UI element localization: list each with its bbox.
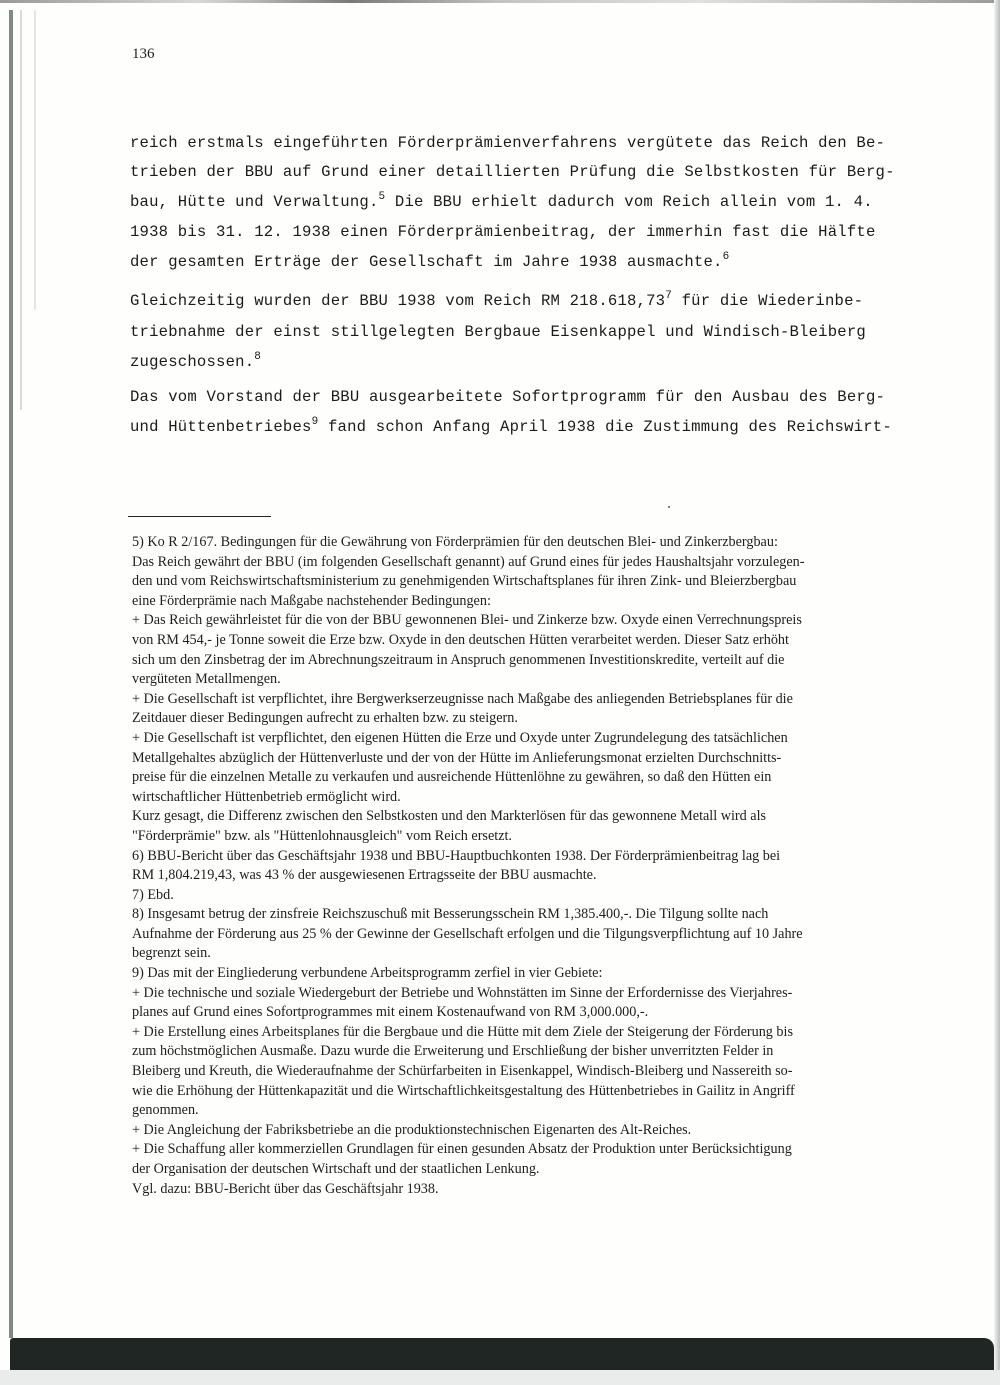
footnote-ref-8[interactable]: 8 <box>254 351 261 363</box>
footnote-line: 9) Das mit der Eingliederung verbundene … <box>132 964 932 984</box>
text-line: trieben der BBU auf Grund einer detailli… <box>130 163 895 181</box>
footnote-line: Das Reich gewährt der BBU (im folgenden … <box>132 553 932 573</box>
footnote-line: 8) Insgesamt betrug der zinsfreie Reichs… <box>132 905 932 925</box>
footnote-line: Zeitdauer dieser Bedingungen aufrecht zu… <box>132 709 932 729</box>
footnote-line: planes auf Grund eines Sofortprogrammes … <box>132 1003 932 1023</box>
footnote-line: begrenzt sein. <box>132 944 932 964</box>
text-line: bau, Hütte und Verwaltung.5 Die BBU erhi… <box>130 193 873 211</box>
footnote-line: von RM 454,- je Tonne soweit die Erze bz… <box>132 631 932 651</box>
footnote-line: Metallgehaltes abzüglich der Hüttenverlu… <box>132 749 932 769</box>
footnote-separator <box>128 516 271 517</box>
scan-artifact-line <box>34 10 36 310</box>
text-line: 1938 bis 31. 12. 1938 einen Förderprämie… <box>130 223 876 241</box>
footnote-line: preise für die einzelnen Metalle zu verk… <box>132 768 932 788</box>
scan-artifact-line <box>20 10 22 410</box>
footnote-line: "Förderprämie" bzw. als "Hüttenlohnausgl… <box>132 827 932 847</box>
footnote-line: 6) BBU-Bericht über das Geschäftsjahr 19… <box>132 847 932 867</box>
footnote-line: genommen. <box>132 1101 932 1121</box>
scan-speck <box>668 506 670 508</box>
footnote-ref-7[interactable]: 7 <box>665 290 672 302</box>
scan-bottom-strip <box>0 1370 1000 1385</box>
text-line: der gesamten Erträge der Gesellschaft im… <box>130 253 729 271</box>
footnote-line: der Organisation der deutschen Wirtschaf… <box>132 1160 932 1180</box>
footnote-ref-6[interactable]: 6 <box>723 251 730 263</box>
footnote-line: eine Förderprämie nach Maßgabe nachstehe… <box>132 592 932 612</box>
scan-bottom-shadow <box>10 1338 994 1370</box>
footnote-line: Aufnahme der Förderung aus 25 % der Gewi… <box>132 925 932 945</box>
scan-binding-edge <box>9 10 13 1338</box>
footnote-line: + Die Erstellung eines Arbeitsplanes für… <box>132 1023 932 1043</box>
footnote-line: wirtschaftlicher Hüttenbetrieb ermöglich… <box>132 788 932 808</box>
footnote-line: vergüteten Metallmengen. <box>132 670 932 690</box>
footnote-line: + Die technische und soziale Wiedergebur… <box>132 984 932 1004</box>
scan-right-edge <box>994 0 1000 1385</box>
text-line: zugeschossen.8 <box>130 353 261 371</box>
footnote-line: + Das Reich gewährleistet für die von de… <box>132 611 932 631</box>
footnote-line: wie die Erhöhung der Hüttenkapazität und… <box>132 1082 932 1102</box>
footnotes: 5) Ko R 2/167. Bedingungen für die Gewäh… <box>132 533 932 1199</box>
footnote-line: Kurz gesagt, die Differenz zwischen den … <box>132 807 932 827</box>
footnote-line: + Die Schaffung aller kommerziellen Grun… <box>132 1140 932 1160</box>
footnote-line: zum höchstmöglichen Ausmaße. Dazu wurde … <box>132 1042 932 1062</box>
footnote-line: Bleiberg und Kreuth, die Wiederaufnahme … <box>132 1062 932 1082</box>
scan-top-edge <box>0 0 1000 3</box>
text-line: und Hüttenbetriebes9 fand schon Anfang A… <box>130 418 892 436</box>
footnote-line: + Die Gesellschaft ist verpflichtet, ihr… <box>132 690 932 710</box>
page-number: 136 <box>132 46 155 63</box>
text-line: reich erstmals eingeführten Förderprämie… <box>130 134 885 152</box>
scanned-page: 136 reich erstmals eingeführten Förderpr… <box>0 0 1000 1385</box>
footnote-line: + Die Angleichung der Fabriksbetriebe an… <box>132 1121 932 1141</box>
footnote-line: + Die Gesellschaft ist verpflichtet, den… <box>132 729 932 749</box>
footnote-line: den und vom Reichswirtschaftsministerium… <box>132 572 932 592</box>
footnote-ref-9[interactable]: 9 <box>312 416 319 428</box>
footnote-line: 7) Ebd. <box>132 886 932 906</box>
footnote-line: RM 1,804.219,43, was 43 % der ausgewiese… <box>132 866 932 886</box>
footnote-line: Vgl. dazu: BBU-Bericht über das Geschäft… <box>132 1180 932 1200</box>
text-line: Gleichzeitig wurden der BBU 1938 vom Rei… <box>130 292 863 310</box>
text-line: triebnahme der einst stillgelegten Bergb… <box>130 323 866 341</box>
footnote-line: 5) Ko R 2/167. Bedingungen für die Gewäh… <box>132 533 932 553</box>
footnote-line: sich um den Zinsbetrag der im Abrechnung… <box>132 651 932 671</box>
footnote-ref-5[interactable]: 5 <box>379 191 386 203</box>
text-line: Das vom Vorstand der BBU ausgearbeitete … <box>130 388 885 406</box>
